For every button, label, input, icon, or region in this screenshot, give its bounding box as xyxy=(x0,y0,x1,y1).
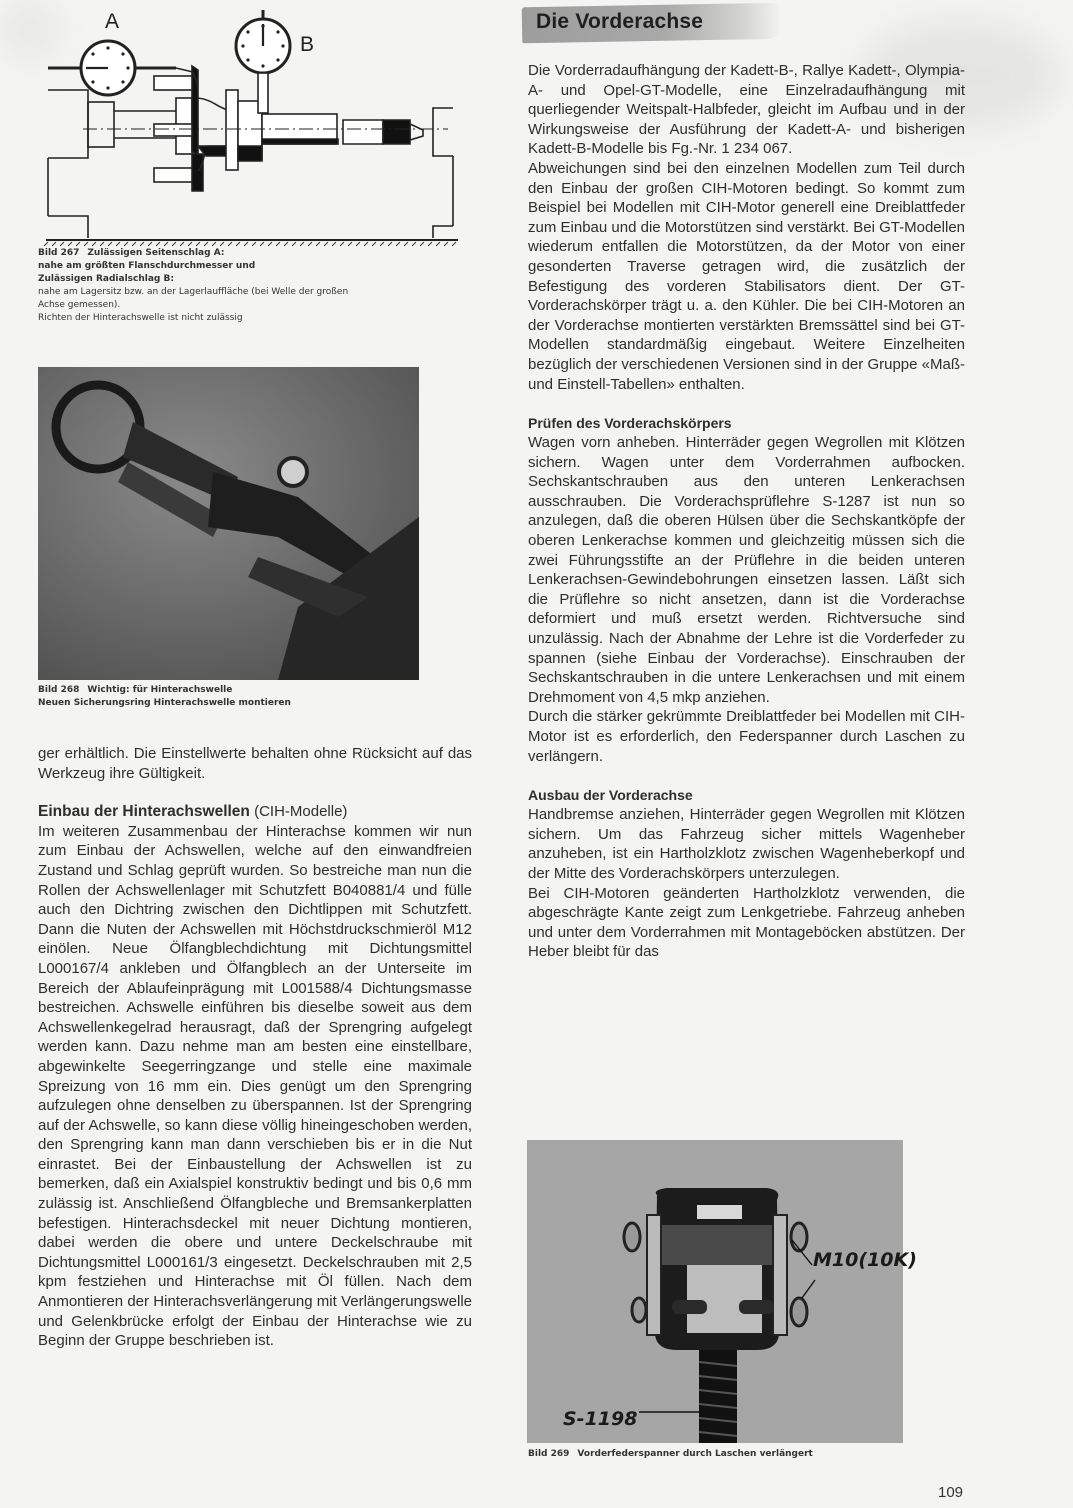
dial-b-label: B xyxy=(300,33,314,57)
paragraph: Abweichungen sind bei den einzelnen Mode… xyxy=(528,159,965,394)
section-heading: Ausbau der Vorderachse xyxy=(528,786,965,805)
caption-line: nahe am Lagersitz bzw. an der Lagerlauff… xyxy=(38,286,478,299)
paragraph: ger erhältlich. Die Einstellwerte behalt… xyxy=(38,744,472,783)
figure-268-caption: Bild 268Wichtig: für Hinterachswelle Neu… xyxy=(38,684,478,710)
paragraph: Wagen vorn anheben. Hinterräder gegen We… xyxy=(528,433,965,707)
caption-text: Vorderfederspanner durch Laschen verläng… xyxy=(577,1449,812,1459)
paragraph: Handbremse anziehen, Hinterräder gegen W… xyxy=(528,805,965,883)
figure-number: Bild 269 xyxy=(528,1449,569,1459)
figure-number: Bild 268 xyxy=(38,685,79,695)
caption-line: Zulässigen Radialschlag B: xyxy=(38,273,478,286)
figure-268-photo xyxy=(38,367,419,680)
bolt-size-label: M10(10K) xyxy=(813,1249,917,1271)
caption-line: Achse gemessen). xyxy=(38,299,478,312)
figure-267-caption: Bild 267Zulässigen Seitenschlag A: nahe … xyxy=(38,247,478,325)
caption-line: Zulässigen Seitenschlag A: xyxy=(87,248,224,258)
caption-line: Neuen Sicherungsring Hinterachswelle mon… xyxy=(38,697,478,710)
heading-text: Einbau der Hinterachswellen xyxy=(38,803,250,820)
tool-number-label: S-1198 xyxy=(563,1408,637,1430)
left-column-text: ger erhältlich. Die Einstellwerte behalt… xyxy=(38,744,472,1351)
page-number: 109 xyxy=(938,1484,963,1501)
figure-269-caption: Bild 269Vorderfederspanner durch Laschen… xyxy=(528,1448,968,1461)
caption-line: nahe am größten Flanschdurchmesser und xyxy=(38,260,478,273)
caption-line: Richten der Hinterachswelle ist nicht zu… xyxy=(38,312,478,325)
section-heading: Prüfen des Vorderachskörpers xyxy=(528,414,965,433)
paragraph: Durch die stärker gekrümmte Dreiblattfed… xyxy=(528,707,965,766)
paragraph: Bei CIH-Motoren geänderten Hartholzklotz… xyxy=(528,884,965,962)
caption-line: Wichtig: für Hinterachswelle xyxy=(87,685,232,695)
dial-a-label: A xyxy=(105,10,119,34)
paragraph: Im weiteren Zusammenbau der Hinterachse … xyxy=(38,822,472,1351)
section-title: Die Vorderachse xyxy=(536,10,703,34)
right-column-text: Die Vorderradaufhängung der Kadett-B-, R… xyxy=(528,61,965,962)
paragraph: Die Vorderradaufhängung der Kadett-B-, R… xyxy=(528,61,965,159)
figure-267-drawing xyxy=(38,6,463,246)
section-heading: Einbau der Hinterachswellen (CIH-Modelle… xyxy=(38,802,472,822)
figure-269-photo xyxy=(527,1140,903,1443)
scanned-page: A B Bild 267Zulässigen Seitenschlag A: n… xyxy=(0,0,1073,1508)
figure-number: Bild 267 xyxy=(38,248,79,258)
heading-suffix: (CIH-Modelle) xyxy=(250,803,348,820)
